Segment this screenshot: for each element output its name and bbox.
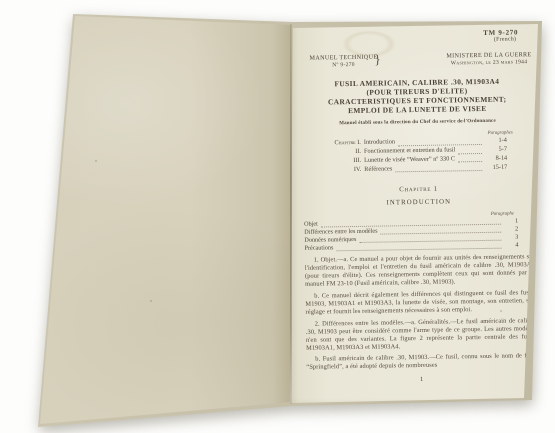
spine-fold: [290, 24, 292, 404]
paragraph-1b: b. Ce manuel décrit également les différ…: [305, 289, 535, 317]
masthead-left-line1: MANUEL TECHNIQUE: [309, 54, 377, 62]
section-toc-title: Précautions: [304, 245, 333, 254]
body-text: 1. Objet.—a. Ce manuel a pour objet de f…: [305, 253, 537, 372]
right-title-page: TM 9-270 (French) MANUEL TECHNIQUE Nº 9-…: [288, 16, 542, 408]
foxing-speck: [95, 160, 97, 162]
masthead-right: MINISTERE DE LA GUERRE Washington, le 23…: [446, 51, 531, 66]
masthead-left: MANUEL TECHNIQUE Nº 9-270: [309, 54, 377, 69]
chapter-title: INTRODUCTION: [304, 197, 534, 208]
masthead-left-line2: Nº 9-270: [310, 62, 378, 69]
dot-leader: [458, 160, 482, 162]
section-toc-title: Objet: [304, 220, 318, 228]
paragraph-2a: 2. Différences entre les modèles.—a. Gén…: [306, 317, 536, 353]
foxing-speck: [462, 120, 464, 122]
chapter-toc-paragraphs: 15-17: [485, 164, 507, 173]
chapter-toc-title: Références: [364, 165, 392, 174]
chapter-toc-paragraphs: 8-14: [485, 155, 507, 164]
foxing-speck: [500, 310, 502, 312]
section-toc-paragraph: 1: [504, 217, 518, 225]
section-toc-paragraph: 2: [504, 225, 518, 233]
photo-background: TM 9-270 (French) MANUEL TECHNIQUE Nº 9-…: [0, 0, 555, 433]
dot-leader: [395, 169, 482, 172]
page-number: 1: [307, 375, 537, 386]
chapter-kicker: Chapitre 1: [304, 184, 534, 195]
dot-leader: [458, 151, 482, 153]
attribution-line: Manuel établi sous la direction du Chef …: [303, 118, 533, 127]
section-toc-paragraph: 3: [504, 234, 518, 242]
document-title: FUSIL AMERICAIN, CALIBRE .30, M1903A4 (P…: [302, 76, 533, 116]
open-booklet: TM 9-270 (French) MANUEL TECHNIQUE Nº 9-…: [0, 0, 555, 433]
chapter-toc-paragraphs: 1-4: [485, 137, 507, 146]
chapter-toc: Chapitre I. Introduction 1-4 II. Fonctio…: [303, 136, 534, 175]
dot-leader: [336, 247, 501, 252]
left-blank-page: [35, 12, 293, 428]
chapter-toc-paragraphs: 5-7: [485, 146, 507, 155]
paragraph-1a: 1. Objet.—a. Ce manuel a pour objet de f…: [305, 253, 535, 289]
masthead: MANUEL TECHNIQUE Nº 9-270 } MINISTERE DE…: [301, 51, 531, 69]
chapter-toc-prefix: IV.: [303, 166, 361, 176]
masthead-brace: }: [374, 52, 381, 68]
title-page-content: TM 9-270 (French) MANUEL TECHNIQUE Nº 9-…: [301, 22, 537, 385]
section-toc: Objet 1 Différences entre les modèles 2 …: [304, 217, 534, 253]
paragraph-2b: b. Fusil américain de calibre .30, M1903…: [306, 352, 536, 372]
masthead-right-line2: Washington, le 23 mars 1944: [446, 59, 531, 66]
section-toc-paragraph: 4: [504, 242, 518, 250]
masthead-right-line1: MINISTERE DE LA GUERRE: [446, 51, 531, 59]
foxing-speck: [150, 300, 152, 302]
chapter-toc-title: Lunette de visée “Weaver” nº 330 C: [364, 155, 455, 165]
